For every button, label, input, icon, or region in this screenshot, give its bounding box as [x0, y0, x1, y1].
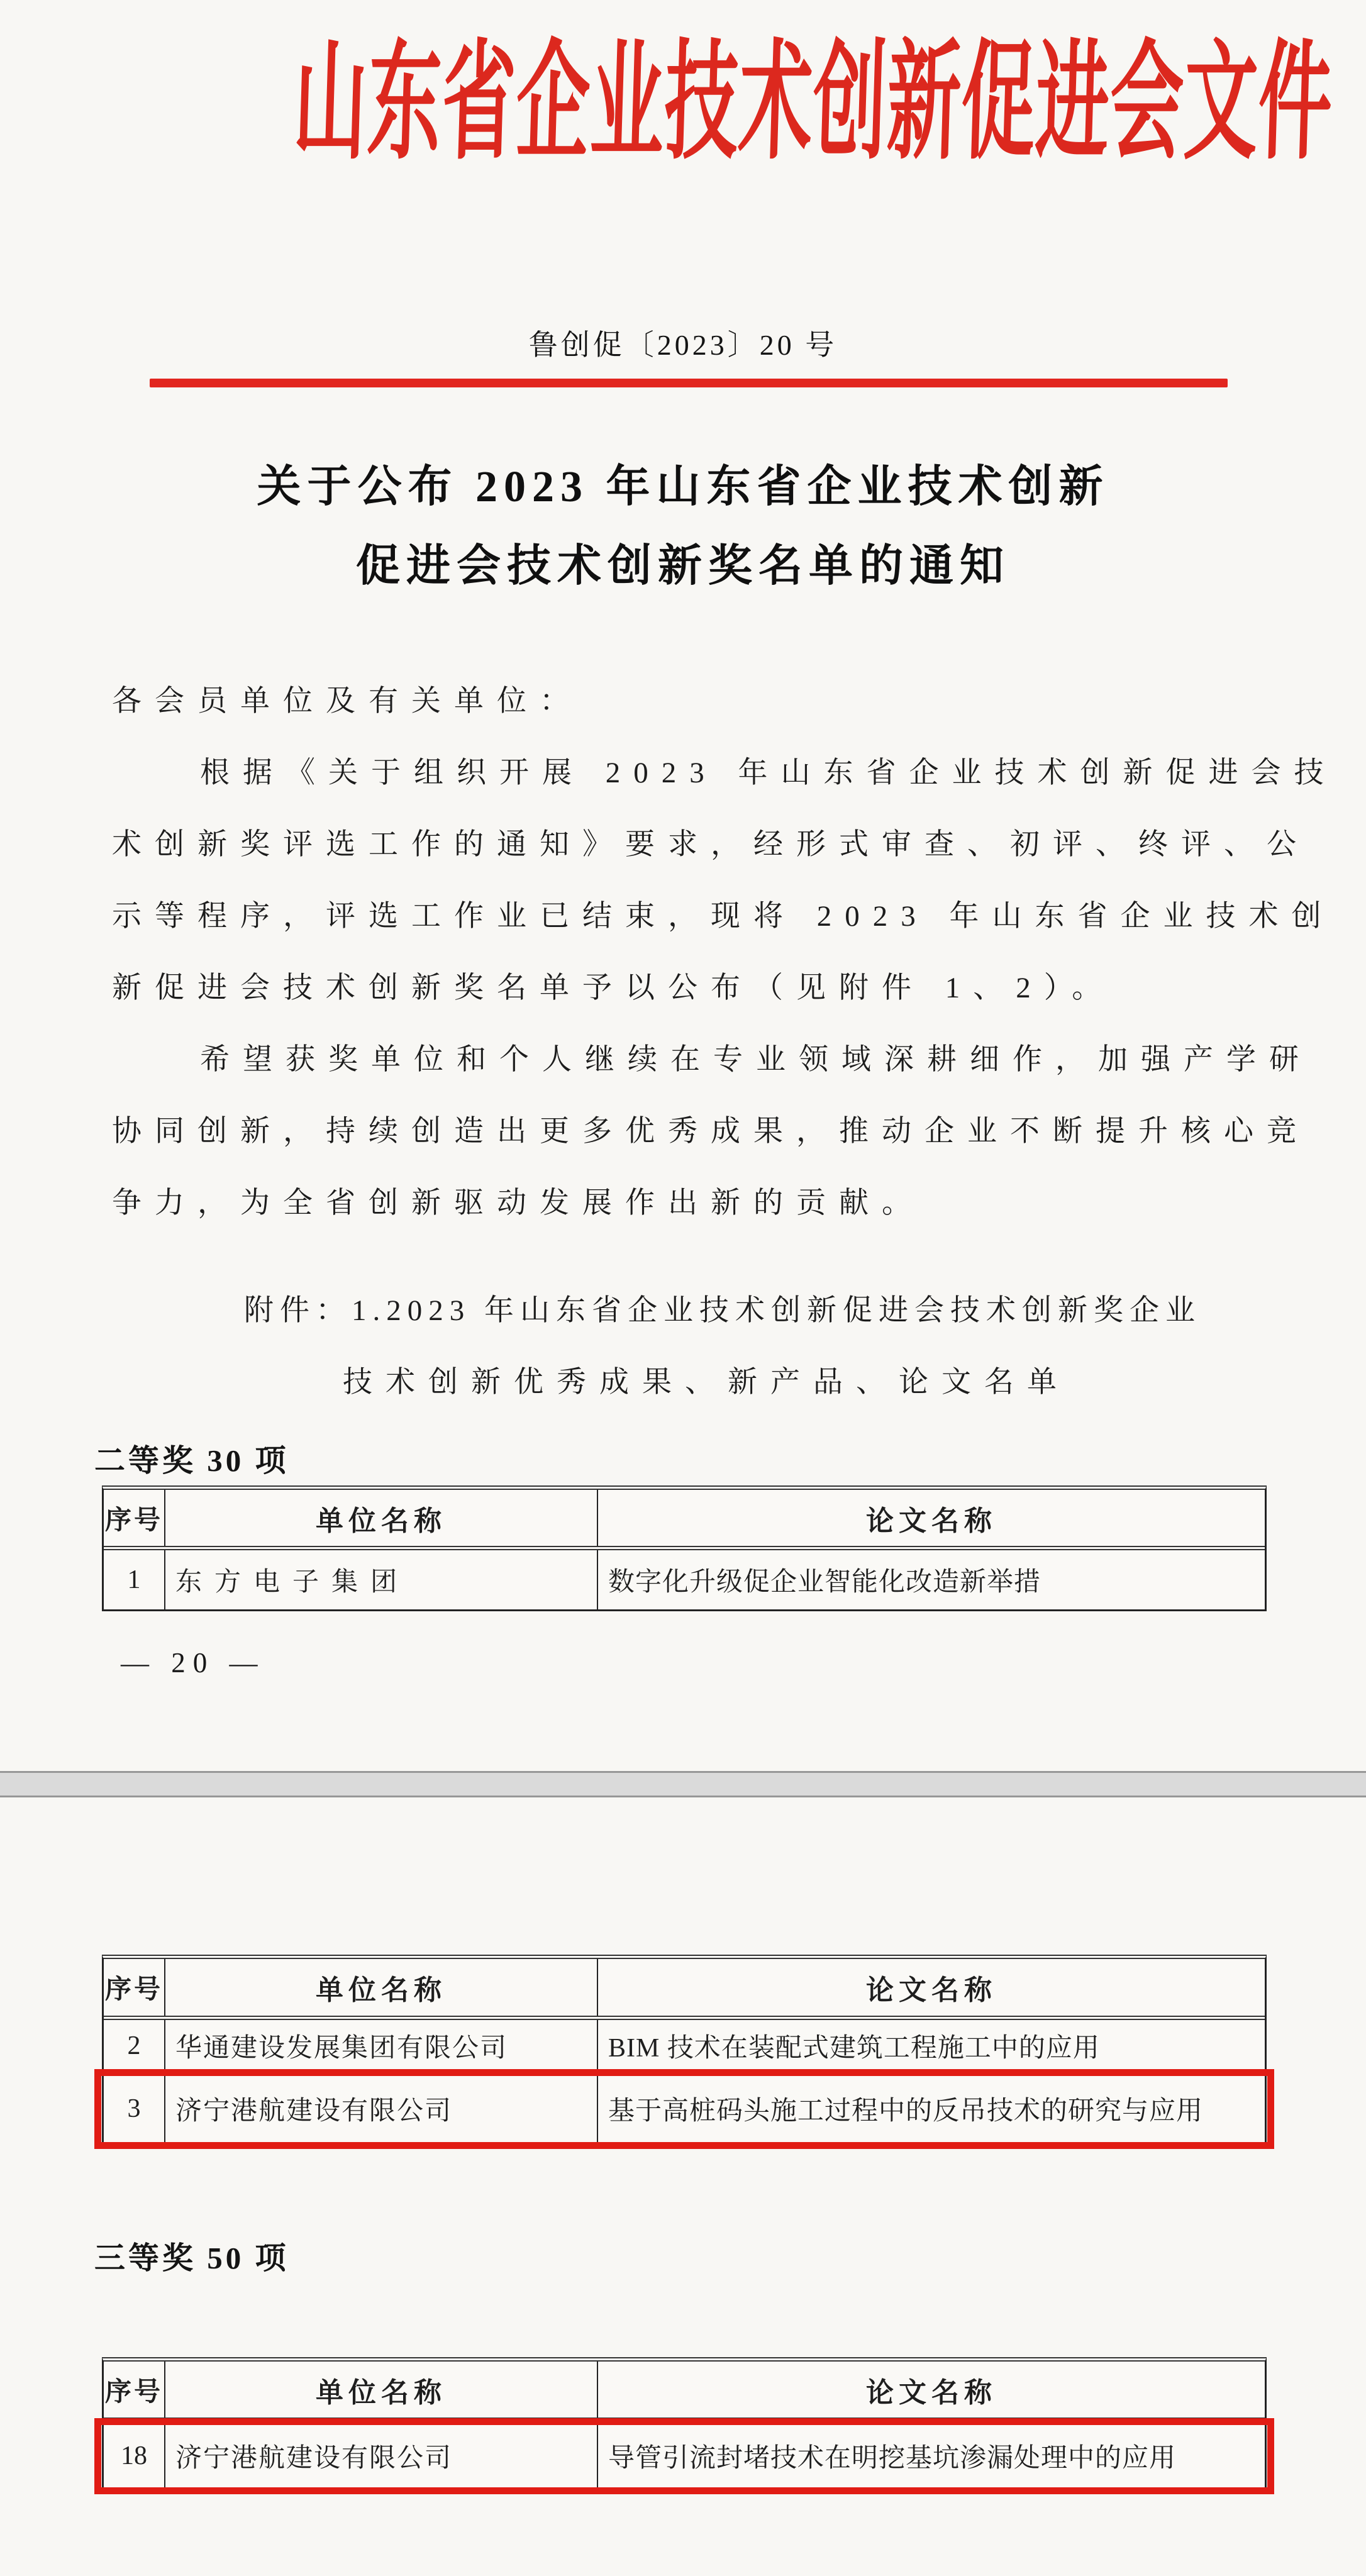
page-number-footer: — 20 —	[121, 1646, 265, 1679]
salutation-line: 各会员单位及有关单位：	[112, 665, 1269, 737]
cell-no: 18	[104, 2422, 165, 2490]
body-line: 术创新奖评选工作的通知》要求，经形式审查、初评、终评、公	[112, 809, 1269, 880]
cell-org: 东方电子集团	[165, 1550, 598, 1609]
cell-paper: 基于高桩码头施工过程中的反吊技术的研究与应用	[598, 2073, 1265, 2145]
header-cell-no: 序号	[104, 1490, 165, 1546]
header-cell-org: 单位名称	[165, 2362, 598, 2418]
cell-org: 华通建设发展集团有限公司	[165, 2020, 598, 2072]
body-line: 希望获奖单位和个人继续在专业领域深耕细作，加强产学研	[112, 1024, 1269, 1096]
header-cell-org: 单位名称	[165, 1490, 598, 1546]
table-row: 2 华通建设发展集团有限公司 BIM 技术在装配式建筑工程施工中的应用	[104, 2020, 1265, 2073]
second-prize-heading: 二等奖 30 项	[94, 1436, 289, 1480]
cell-org: 济宁港航建设有限公司	[165, 2073, 598, 2145]
red-rule-divider	[150, 379, 1228, 387]
body-text: 各会员单位及有关单位： 根据《关于组织开展 2023 年山东省企业技术创新促进会…	[112, 665, 1269, 1239]
header-cell-paper: 论文名称	[598, 1959, 1265, 2016]
table-row-highlighted: 3 济宁港航建设有限公司 基于高桩码头施工过程中的反吊技术的研究与应用	[104, 2073, 1265, 2145]
award-table-third-prize: 序号 单位名称 论文名称 18 济宁港航建设有限公司 导管引流封堵技术在明挖基坑…	[102, 2357, 1267, 2492]
body-line: 争力，为全省创新驱动发展作出新的贡献。	[112, 1167, 1269, 1239]
award-table-second-prize-p1: 序号 单位名称 论文名称 1 东方电子集团 数字化升级促企业智能化改造新举措	[102, 1485, 1267, 1611]
header-cell-no: 序号	[104, 2362, 165, 2418]
body-line: 新促进会技术创新奖名单予以公布（见附件 1、2）。	[112, 952, 1269, 1024]
page-separator	[0, 1771, 1366, 1797]
table-row: 1 东方电子集团 数字化升级促企业智能化改造新举措	[104, 1550, 1265, 1609]
cell-no: 3	[104, 2073, 165, 2145]
document-scan-canvas: 山东省企业技术创新促进会文件 鲁创促〔2023〕20 号 关于公布 2023 年…	[0, 0, 1366, 2576]
table-header-row: 序号 单位名称 论文名称	[104, 2362, 1265, 2422]
cell-no: 1	[104, 1550, 165, 1609]
header-cell-org: 单位名称	[165, 1959, 598, 2016]
header-cell-paper: 论文名称	[598, 1490, 1265, 1546]
body-line: 协同创新，持续创造出更多优秀成果，推动企业不断提升核心竞	[112, 1096, 1269, 1167]
award-table-second-prize-p2: 序号 单位名称 论文名称 2 华通建设发展集团有限公司 BIM 技术在装配式建筑…	[102, 1955, 1267, 2146]
attachment-line-1: 附件：1.2023 年山东省企业技术创新促进会技术创新奖企业	[244, 1287, 1201, 1329]
notice-title-line-2: 促进会技术创新奖名单的通知	[0, 527, 1366, 606]
cell-no: 2	[104, 2020, 165, 2072]
header-cell-paper: 论文名称	[598, 2362, 1265, 2418]
notice-title: 关于公布 2023 年山东省企业技术创新 促进会技术创新奖名单的通知	[0, 448, 1366, 606]
attachment-line-2: 技术创新优秀成果、新产品、论文名单	[343, 1358, 1070, 1401]
header-cell-no: 序号	[104, 1959, 165, 2016]
table-header-row: 序号 单位名称 论文名称	[104, 1959, 1265, 2020]
body-line: 示等程序，评选工作业已结束，现将 2023 年山东省企业技术创	[112, 880, 1269, 952]
third-prize-heading: 三等奖 50 项	[94, 2234, 289, 2278]
cell-paper: 导管引流封堵技术在明挖基坑渗漏处理中的应用	[598, 2422, 1265, 2490]
cell-org: 济宁港航建设有限公司	[165, 2422, 598, 2490]
body-line: 根据《关于组织开展 2023 年山东省企业技术创新促进会技	[112, 737, 1269, 809]
notice-title-line-1: 关于公布 2023 年山东省企业技术创新	[0, 448, 1366, 527]
table-header-row: 序号 单位名称 论文名称	[104, 1490, 1265, 1550]
cell-paper: BIM 技术在装配式建筑工程施工中的应用	[598, 2020, 1265, 2072]
cell-paper: 数字化升级促企业智能化改造新举措	[598, 1550, 1265, 1609]
doc-number: 鲁创促〔2023〕20 号	[0, 322, 1366, 364]
letterhead-title: 山东省企业技术创新促进会文件	[291, 28, 1074, 180]
table-row-highlighted: 18 济宁港航建设有限公司 导管引流封堵技术在明挖基坑渗漏处理中的应用	[104, 2422, 1265, 2490]
